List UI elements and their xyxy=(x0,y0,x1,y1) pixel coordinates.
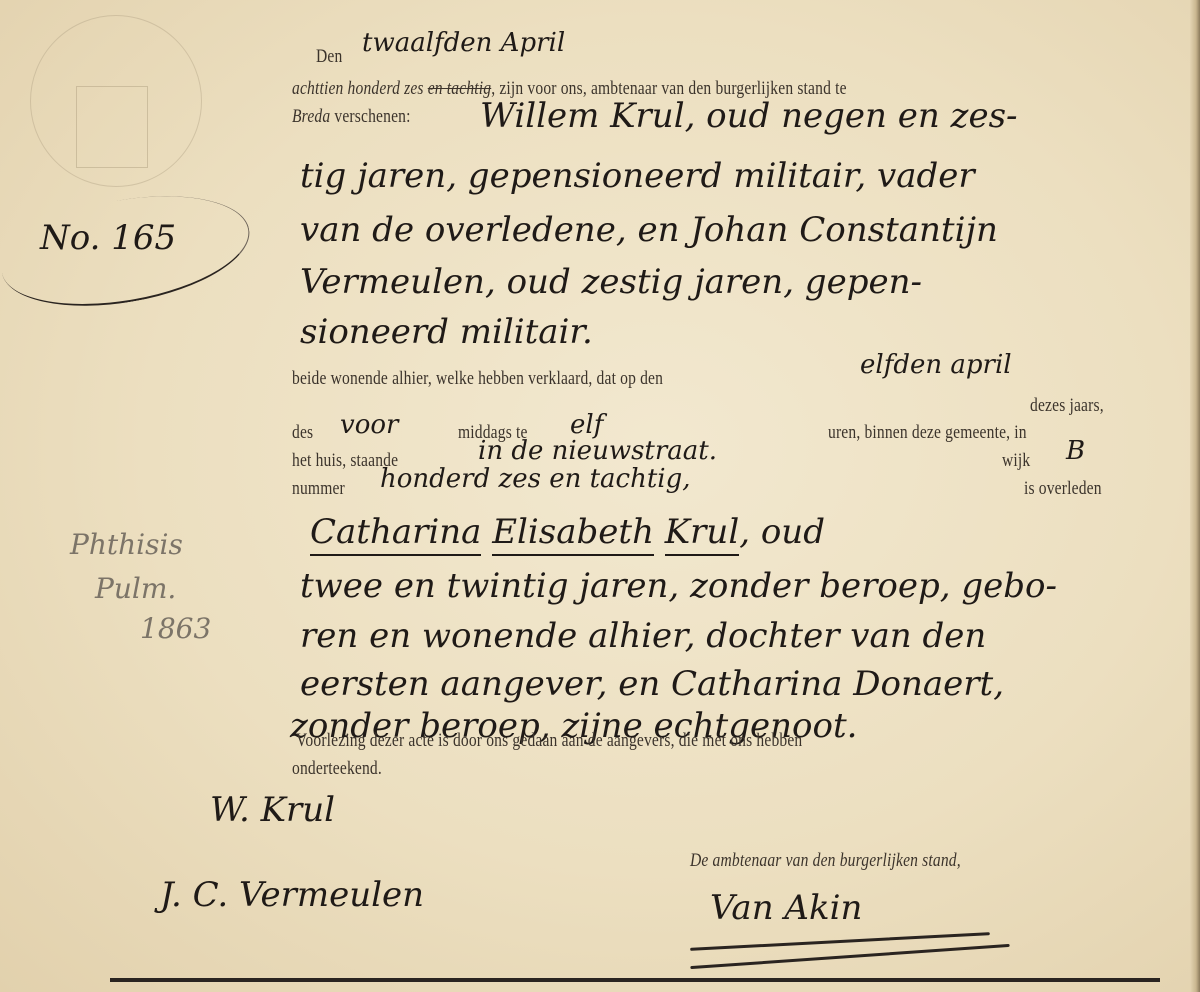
deceased-name: Catharina Elisabeth Krul, oud xyxy=(310,512,825,552)
date-of-death: elfden april xyxy=(860,350,1012,380)
time-of-day: voor xyxy=(340,410,398,440)
print-uren: uren, binnen deze gemeente, in xyxy=(828,422,1027,444)
ward: B xyxy=(1066,436,1085,466)
house-number: honderd zes en tachtig, xyxy=(380,464,691,494)
date-of-act: twaalfden April xyxy=(362,28,565,58)
hand-line-15: ren en wonende alhier, dochter van den xyxy=(300,616,986,656)
print-wijk: wijk xyxy=(1002,450,1030,472)
act-number: No. 165 xyxy=(40,218,176,258)
print-line-9: dezes jaars, xyxy=(1030,395,1104,417)
margin-year-note: 1863 xyxy=(140,612,211,645)
document-page: No. 165 Phthisis Pulm. 1863 Den twaalfde… xyxy=(0,0,1200,992)
signature-declarant-1: W. Krul xyxy=(210,790,335,830)
hand-line-4: tig jaren, gepensioneerd militair, vader xyxy=(300,156,975,196)
print-line-8: beide wonende alhier, welke hebben verkl… xyxy=(292,368,663,390)
declarant-1-text: Willem Krul, oud negen en zes- xyxy=(480,96,1018,136)
print-des: des xyxy=(292,422,313,444)
signature-official: Van Akin xyxy=(710,888,862,928)
cause-of-death-note-1: Phthisis xyxy=(70,528,183,561)
print-den: Den xyxy=(316,46,342,68)
hand-line-16: eersten aangever, en Catharina Donaert, xyxy=(300,664,1004,704)
print-onderteekend: onderteekend. xyxy=(292,758,382,780)
hand-line-6: Vermeulen, oud zestig jaren, gepen- xyxy=(300,262,922,302)
page-bottom-rule xyxy=(110,978,1160,982)
print-is-overleden: is overleden xyxy=(1024,478,1102,500)
print-nummer: nummer xyxy=(292,478,345,500)
print-closing: Voorlezing dezer acte is door ons gedaan… xyxy=(296,730,802,752)
seal-shield-icon xyxy=(76,86,148,168)
hand-line-14: twee en twintig jaren, zonder beroep, ge… xyxy=(300,566,1057,606)
official-caption: De ambtenaar van den burgerlijken stand, xyxy=(690,850,961,872)
embossed-seal-stamp xyxy=(30,15,202,187)
cause-of-death-note-2: Pulm. xyxy=(95,572,176,605)
street: in de nieuwstraat. xyxy=(478,436,717,466)
hand-line-5: van de overledene, en Johan Constantijn xyxy=(300,210,998,250)
hand-line-7: sioneerd militair. xyxy=(300,312,593,352)
page-edge xyxy=(1190,0,1200,992)
place-line: Breda verschenen: xyxy=(292,106,411,128)
signature-declarant-2: J. C. Vermeulen xyxy=(160,875,424,915)
